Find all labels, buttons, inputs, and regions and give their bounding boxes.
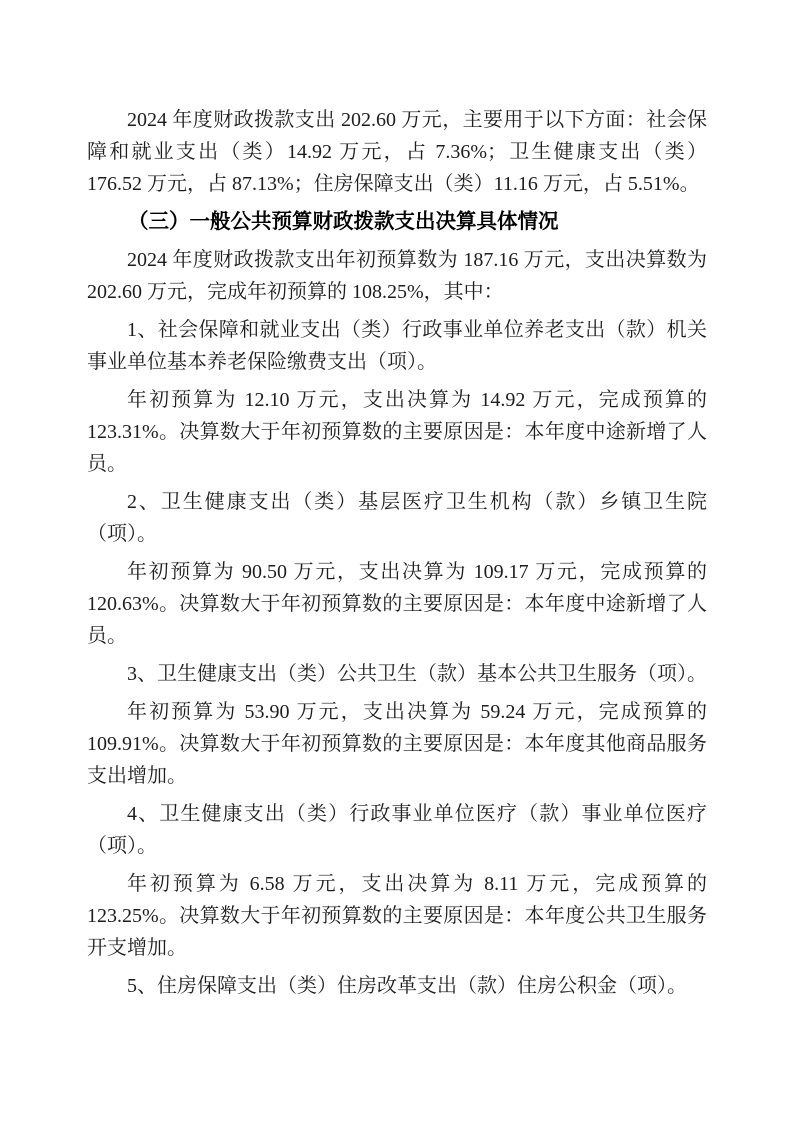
para-item3-detail: 年初预算为 53.90 万元，支出决算为 59.24 万元，完成预算的 109.… [87,696,707,792]
para-item2-title: 2、卫生健康支出（类）基层医疗卫生机构（款）乡镇卫生院（项）。 [87,486,707,550]
para-expenditure-overview: 2024 年度财政拨款支出 202.60 万元，主要用于以下方面：社会保障和就业… [87,104,707,200]
para-item2-detail: 年初预算为 90.50 万元，支出决算为 109.17 万元，完成预算的 120… [87,556,707,652]
para-item1-detail: 年初预算为 12.10 万元，支出决算为 14.92 万元，完成预算的 123.… [87,384,707,480]
para-item5-title: 5、住房保障支出（类）住房改革支出（款）住房公积金（项）。 [87,970,707,1002]
document-page: 2024 年度财政拨款支出 202.60 万元，主要用于以下方面：社会保障和就业… [0,0,793,1122]
para-item1-title: 1、社会保障和就业支出（类）行政事业单位养老支出（款）机关事业单位基本养老保险缴… [87,314,707,378]
para-item4-detail: 年初预算为 6.58 万元，支出决算为 8.11 万元，完成预算的 123.25… [87,868,707,964]
para-item3-title: 3、卫生健康支出（类）公共卫生（款）基本公共卫生服务（项）。 [87,658,707,690]
para-budget-vs-final-summary: 2024 年度财政拨款支出年初预算数为 187.16 万元，支出决算数为 202… [87,244,707,308]
para-item4-title: 4、卫生健康支出（类）行政事业单位医疗（款）事业单位医疗（项）。 [87,798,707,862]
section-heading-budget-final-accounts-details: （三）一般公共预算财政拨款支出决算具体情况 [87,206,707,238]
